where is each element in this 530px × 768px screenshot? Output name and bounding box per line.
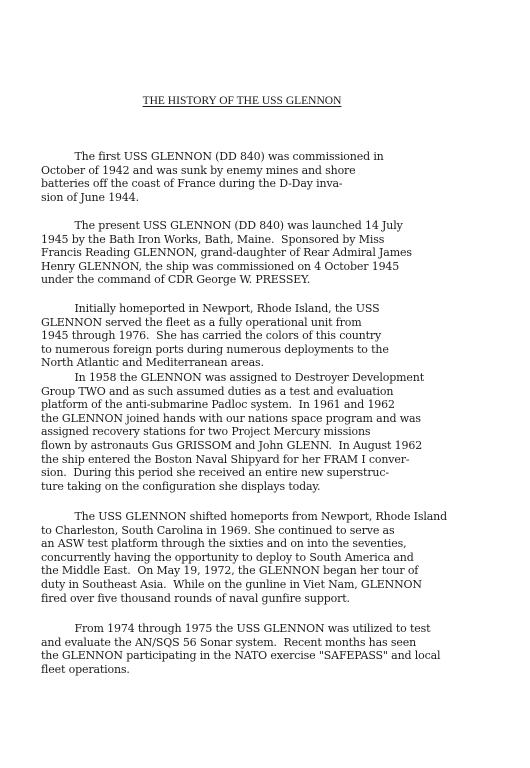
paragraph-first-glennon: The first USS GLENNON (DD 840) was commi… (41, 150, 511, 204)
title-text: THE HISTORY OF THE USS GLENNON (143, 95, 342, 107)
paragraph-homeport-newport: Initially homeported in Newport, Rhode I… (41, 302, 511, 370)
paragraph-charleston: The USS GLENNON shifted homeports from N… (41, 510, 511, 605)
paragraph-present-glennon: The present USS GLENNON (DD 840) was lau… (41, 219, 511, 287)
document-title: THE HISTORY OF THE USS GLENNON (0, 95, 530, 107)
paragraph-sonar-testing: From 1974 through 1975 the USS GLENNON w… (41, 622, 511, 676)
document-page: THE HISTORY OF THE USS GLENNON The first… (0, 0, 530, 768)
paragraph-development-group: In 1958 the GLENNON was assigned to Dest… (41, 371, 511, 493)
